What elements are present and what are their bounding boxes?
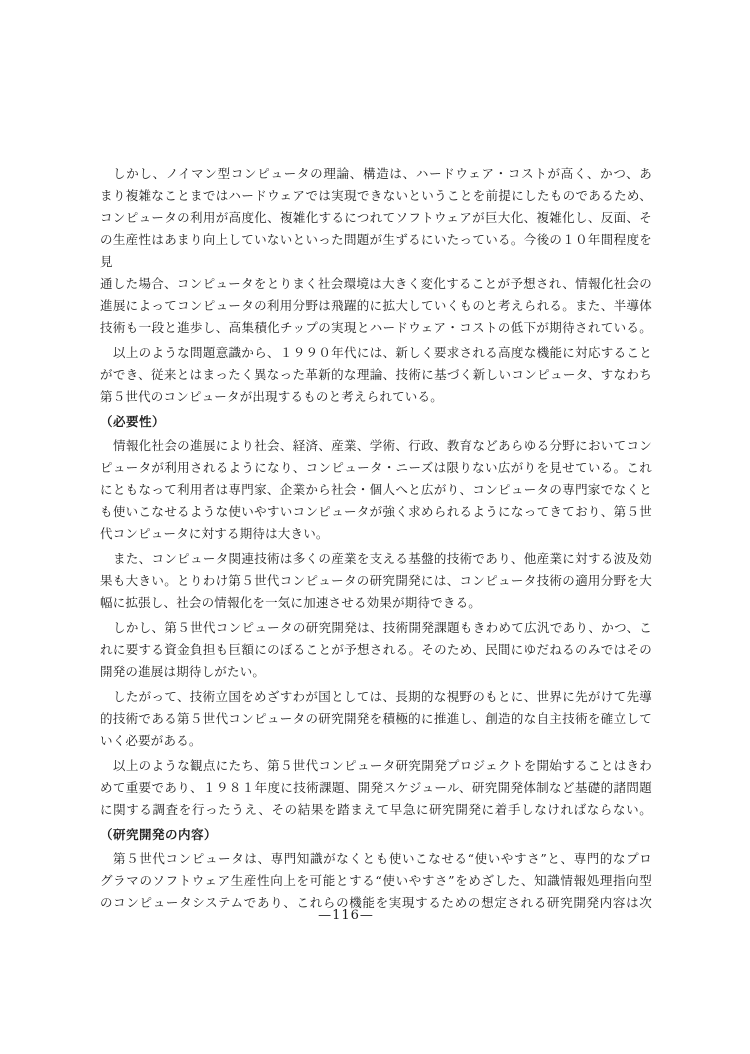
document-body: しかし、ノイマン型コンピュータの理論、構造は、ハードウェア・コストが高く、かつ、… bbox=[100, 163, 652, 917]
paragraph: 以上のような問題意識から、１９９０年代には、新しく要求される高度な機能に対応する… bbox=[100, 342, 652, 408]
text-line: 第５世代のコンピュータが出現するものと考えられている。 bbox=[100, 386, 652, 408]
text-line: 以上のような問題意識から、１９９０年代には、新しく要求される高度な機能に対応する… bbox=[100, 342, 652, 364]
text-line: 的技術である第５世代コンピュータの研究開発を積極的に推進し、創造的な自主技術を確… bbox=[100, 708, 652, 730]
text-line: ができ、従来とはまったく異なった革新的な理論、技術に基づく新しいコンピュータ、す… bbox=[100, 364, 652, 386]
text-line: いく必要がある。 bbox=[100, 730, 652, 752]
text-line: グラマのソフトウェア生産性向上を可能とする“使いやすさ”をめざした、知識情報処理… bbox=[100, 870, 652, 892]
scanned-document-page: しかし、ノイマン型コンピュータの理論、構造は、ハードウェア・コストが高く、かつ、… bbox=[0, 0, 750, 1054]
paragraph: しかし、ノイマン型コンピュータの理論、構造は、ハードウェア・コストが高く、かつ、… bbox=[100, 163, 652, 339]
paragraph: 以上のような観点にたち、第５世代コンピュータ研究開発プロジェクトを開始することは… bbox=[100, 755, 652, 821]
text-line: しかし、第５世代コンピュータの研究開発は、技術開発課題もきわめて広汎であり、かつ… bbox=[100, 617, 652, 639]
page-number: —116— bbox=[318, 908, 374, 923]
heading-text: （研究開発の内容） bbox=[100, 824, 652, 846]
paragraph: したがって、技術立国をめざすわが国としては、長期的な視野のもとに、世界に先がけて… bbox=[100, 686, 652, 752]
section-heading: （必要性） bbox=[100, 411, 652, 433]
text-line: の生産性はあまり向上していないといった問題が生ずるにいたっている。今後の１０年間… bbox=[100, 229, 652, 273]
text-line: 通した場合、コンピュータをとりまく社会環境は大きく変化することが予想され、情報化… bbox=[100, 273, 652, 295]
text-line: 幅に拡張し、社会の情報化を一気に加速させる効果が期待できる。 bbox=[100, 592, 652, 614]
section-heading: （研究開発の内容） bbox=[100, 824, 652, 846]
text-line: コンピュータの利用が高度化、複雑化するにつれてソフトウェアが巨大化、複雑化し、反… bbox=[100, 207, 652, 229]
text-line: 果も大きい。とりわけ第５世代コンピュータの研究開発には、コンピュータ技術の適用分… bbox=[100, 570, 652, 592]
text-line: も使いこなせるような使いやすいコンピュータが強く求められるようになってきており、… bbox=[100, 501, 652, 523]
text-line: 進展によってコンピュータの利用分野は飛躍的に拡大していくものと考えられる。また、… bbox=[100, 295, 652, 317]
text-line: ピュータが利用されるようになり、コンピュータ・ニーズは限りない広がりを見せている… bbox=[100, 457, 652, 479]
text-line: 開発の進展は期待しがたい。 bbox=[100, 661, 652, 683]
paragraph: 情報化社会の進展により社会、経済、産業、学術、行政、教育などあらゆる分野において… bbox=[100, 435, 652, 545]
text-line: 第５世代コンピュータは、専門知識がなくとも使いこなせる“使いやすさ”と、専門的な… bbox=[100, 848, 652, 870]
text-line: したがって、技術立国をめざすわが国としては、長期的な視野のもとに、世界に先がけて… bbox=[100, 686, 652, 708]
text-line: に関する調査を行ったうえ、その結果を踏まえて早急に研究開発に着手しなければならな… bbox=[100, 799, 652, 821]
text-line: 技術も一段と進歩し、高集積化チップの実現とハードウェア・コストの低下が期待されて… bbox=[100, 317, 652, 339]
paragraph: 第５世代コンピュータは、専門知識がなくとも使いこなせる“使いやすさ”と、専門的な… bbox=[100, 848, 652, 914]
text-line: しかし、ノイマン型コンピュータの理論、構造は、ハードウェア・コストが高く、かつ、… bbox=[100, 163, 652, 185]
text-line: 以上のような観点にたち、第５世代コンピュータ研究開発プロジェクトを開始することは… bbox=[100, 755, 652, 777]
text-line: にともなって利用者は専門家、企業から社会・個人へと広がり、コンピュータの専門家で… bbox=[100, 479, 652, 501]
heading-text: （必要性） bbox=[100, 411, 652, 433]
paragraph: しかし、第５世代コンピュータの研究開発は、技術開発課題もきわめて広汎であり、かつ… bbox=[100, 617, 652, 683]
page-footer: —116— bbox=[100, 908, 592, 923]
text-line: めて重要であり、１９８１年度に技術課題、開発スケジュール、研究開発体制など基礎的… bbox=[100, 777, 652, 799]
text-line: まり複雑なことまではハードウェアでは実現できないということを前提にしたものである… bbox=[100, 185, 652, 207]
text-line: 代コンピュータに対する期待は大きい。 bbox=[100, 523, 652, 545]
paragraph: また、コンピュータ関連技術は多くの産業を支える基盤的技術であり、他産業に対する波… bbox=[100, 548, 652, 614]
text-line: また、コンピュータ関連技術は多くの産業を支える基盤的技術であり、他産業に対する波… bbox=[100, 548, 652, 570]
text-line: れに要する資金負担も巨額にのぼることが予想される。そのため、民間にゆだねるのみで… bbox=[100, 639, 652, 661]
text-line: 情報化社会の進展により社会、経済、産業、学術、行政、教育などあらゆる分野において… bbox=[100, 435, 652, 457]
